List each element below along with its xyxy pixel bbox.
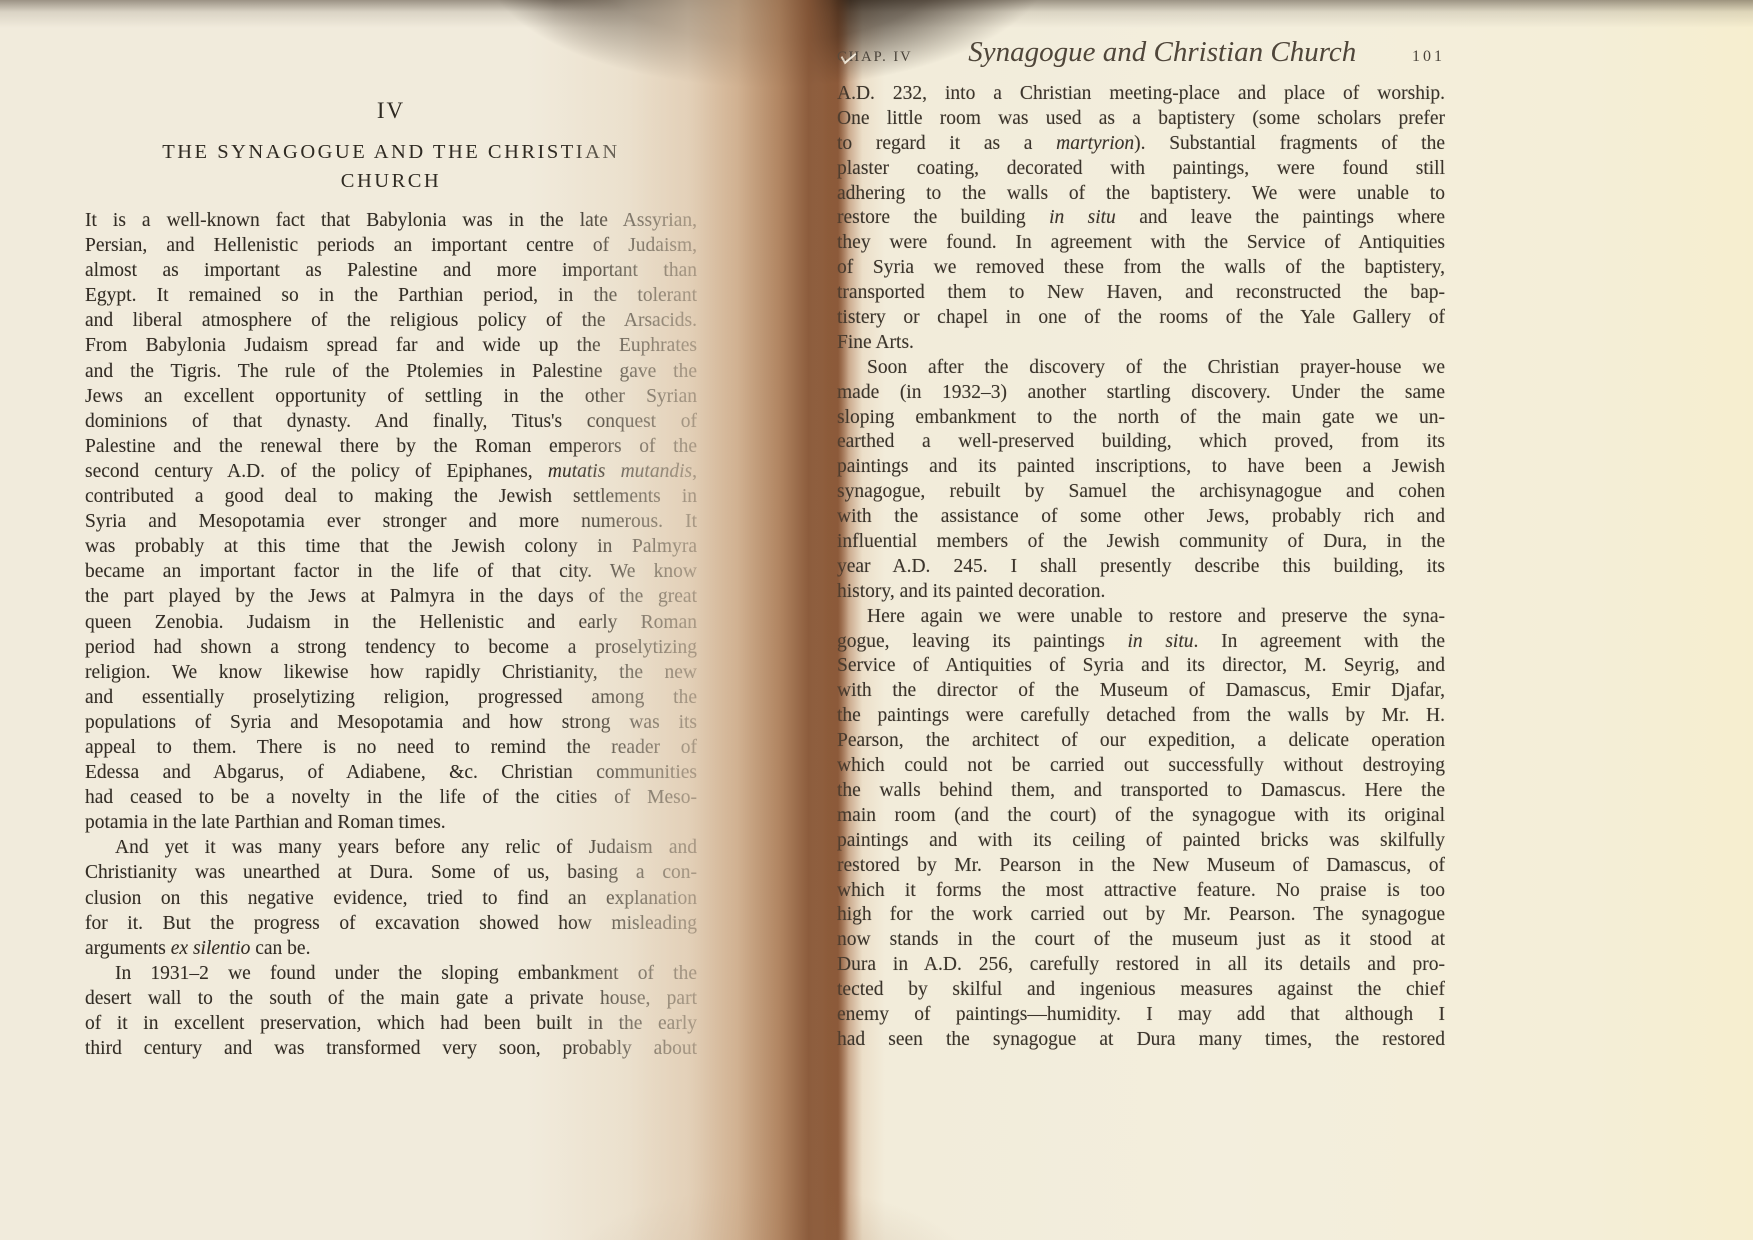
text-line: Edessa and Abgarus, of Adiabene, &c. Chr… bbox=[85, 760, 697, 785]
text-line: for it. But the progress of excavation s… bbox=[85, 911, 697, 936]
text-line: now stands in the court of the museum ju… bbox=[837, 928, 1445, 953]
text-line: Here again we were unable to restore and… bbox=[837, 605, 1445, 630]
text-line: year A.D. 245. I shall presently describ… bbox=[837, 555, 1445, 580]
text-line: the walls behind them, and transported t… bbox=[837, 779, 1445, 804]
text-line: main room (and the court) of the synagog… bbox=[837, 804, 1445, 829]
text-line: had seen the synagogue at Dura many time… bbox=[837, 1028, 1445, 1053]
text-line: tected by skilful and ingenious measures… bbox=[837, 978, 1445, 1003]
text-line: Palestine and the renewal there by the R… bbox=[85, 434, 697, 459]
chapter-number: IV bbox=[85, 96, 697, 126]
text-line: was probably at this time that the Jewis… bbox=[85, 534, 697, 559]
text-line: which could not be carried out successfu… bbox=[837, 754, 1445, 779]
text-line: enemy of paintings—humidity. I may add t… bbox=[837, 1003, 1445, 1028]
text-line: and essentially proselytizing religion, … bbox=[85, 685, 697, 710]
text-line: From Babylonia Judaism spread far and wi… bbox=[85, 333, 697, 358]
text-line: Service of Antiquities of Syria and its … bbox=[837, 654, 1445, 679]
text-line: which it forms the most attractive featu… bbox=[837, 879, 1445, 904]
text-line: to regard it as a martyrion). Substantia… bbox=[837, 132, 1445, 157]
text-line: plaster coating, decorated with painting… bbox=[837, 157, 1445, 182]
text-line: appeal to them. There is no need to remi… bbox=[85, 735, 697, 760]
text-line: the part played by the Jews at Palmyra i… bbox=[85, 584, 697, 609]
left-page: IV THE SYNAGOGUE AND THE CHRISTIAN CHURC… bbox=[85, 96, 697, 1061]
text-line: with the assistance of some other Jews, … bbox=[837, 505, 1445, 530]
text-line: queen Zenobia. Judaism in the Hellenisti… bbox=[85, 610, 697, 635]
text-line: Christianity was unearthed at Dura. Some… bbox=[85, 860, 697, 885]
left-page-body: It is a well-known fact that Babylonia w… bbox=[85, 208, 697, 1061]
text-line: Jews an excellent opportunity of settlin… bbox=[85, 384, 697, 409]
text-line: had ceased to be a novelty in the life o… bbox=[85, 785, 697, 810]
text-line: second century A.D. of the policy of Epi… bbox=[85, 459, 697, 484]
running-title: Synagogue and Christian Church bbox=[913, 36, 1412, 69]
chapter-label: CHAP. IV bbox=[837, 49, 913, 66]
text-line: Fine Arts. bbox=[837, 331, 1445, 356]
text-line: earthed a well-preserved building, which… bbox=[837, 430, 1445, 455]
text-line: became an important factor in the life o… bbox=[85, 559, 697, 584]
text-line: dominions of that dynasty. And finally, … bbox=[85, 409, 697, 434]
text-line: paintings and its painted inscriptions, … bbox=[837, 455, 1445, 480]
text-line: transported them to New Haven, and recon… bbox=[837, 281, 1445, 306]
text-line: period had shown a strong tendency to be… bbox=[85, 635, 697, 660]
text-line: religion. We know likewise how rapidly C… bbox=[85, 660, 697, 685]
text-line: of it in excellent preservation, which h… bbox=[85, 1011, 697, 1036]
text-line: influential members of the Jewish commun… bbox=[837, 530, 1445, 555]
text-line: populations of Syria and Mesopotamia and… bbox=[85, 710, 697, 735]
text-line: almost as important as Palestine and mor… bbox=[85, 258, 697, 283]
book-scan: IV THE SYNAGOGUE AND THE CHRISTIAN CHURC… bbox=[0, 0, 1753, 1240]
text-line: of Syria we removed these from the walls… bbox=[837, 256, 1445, 281]
text-line: restored by Mr. Pearson in the New Museu… bbox=[837, 854, 1445, 879]
text-line: desert wall to the south of the main gat… bbox=[85, 986, 697, 1011]
text-line: Pearson, the architect of our expedition… bbox=[837, 729, 1445, 754]
text-line: synagogue, rebuilt by Samuel the archisy… bbox=[837, 480, 1445, 505]
text-line: Persian, and Hellenistic periods an impo… bbox=[85, 233, 697, 258]
text-line: history, and its painted decoration. bbox=[837, 580, 1445, 605]
right-page-body: A.D. 232, into a Christian meeting-place… bbox=[837, 82, 1445, 1053]
text-line: arguments ex silentio can be. bbox=[85, 936, 697, 961]
text-line: made (in 1932–3) another startling disco… bbox=[837, 381, 1445, 406]
text-line: third century and was transformed very s… bbox=[85, 1036, 697, 1061]
chapter-title-line-2: CHURCH bbox=[85, 167, 697, 196]
text-line: the paintings were carefully detached fr… bbox=[837, 704, 1445, 729]
text-line: And yet it was many years before any rel… bbox=[85, 835, 697, 860]
text-line: Syria and Mesopotamia ever stronger and … bbox=[85, 509, 697, 534]
right-page: CHAP. IV Synagogue and Christian Church … bbox=[837, 36, 1445, 1053]
text-line: Soon after the discovery of the Christia… bbox=[837, 356, 1445, 381]
page-number: 101 bbox=[1412, 48, 1445, 66]
text-line: Dura in A.D. 256, carefully restored in … bbox=[837, 953, 1445, 978]
chapter-title-line-1: THE SYNAGOGUE AND THE CHRISTIAN bbox=[85, 138, 697, 167]
running-header: CHAP. IV Synagogue and Christian Church … bbox=[837, 36, 1445, 70]
text-line: clusion on this negative evidence, tried… bbox=[85, 886, 697, 911]
text-line: paintings and with its ceiling of painte… bbox=[837, 829, 1445, 854]
text-line: adhering to the walls of the baptistery.… bbox=[837, 182, 1445, 207]
text-line: Egypt. It remained so in the Parthian pe… bbox=[85, 283, 697, 308]
text-line: contributed a good deal to making the Je… bbox=[85, 484, 697, 509]
text-line: gogue, leaving its paintings in situ. In… bbox=[837, 630, 1445, 655]
text-line: One little room was used as a baptistery… bbox=[837, 107, 1445, 132]
text-line: In 1931–2 we found under the sloping emb… bbox=[85, 961, 697, 986]
text-line: A.D. 232, into a Christian meeting-place… bbox=[837, 82, 1445, 107]
text-line: and liberal atmosphere of the religious … bbox=[85, 308, 697, 333]
text-line: It is a well-known fact that Babylonia w… bbox=[85, 208, 697, 233]
text-line: and the Tigris. The rule of the Ptolemie… bbox=[85, 359, 697, 384]
text-line: sloping embankment to the north of the m… bbox=[837, 406, 1445, 431]
text-line: with the director of the Museum of Damas… bbox=[837, 679, 1445, 704]
text-line: high for the work carried out by Mr. Pea… bbox=[837, 903, 1445, 928]
text-line: tistery or chapel in one of the rooms of… bbox=[837, 306, 1445, 331]
text-line: potamia in the late Parthian and Roman t… bbox=[85, 810, 697, 835]
text-line: they were found. In agreement with the S… bbox=[837, 231, 1445, 256]
text-line: restore the building in situ and leave t… bbox=[837, 206, 1445, 231]
